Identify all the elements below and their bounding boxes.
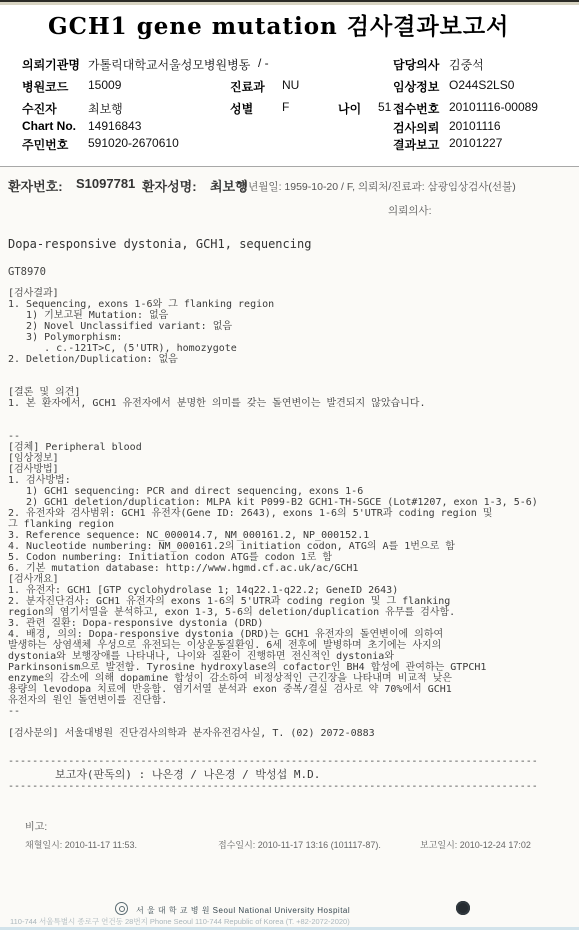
report-time: 보고일시: 2010-12-24 17:02	[420, 838, 531, 851]
report-body: [검사결과] 1. Sequencing, exons 1-6와 그 flank…	[8, 288, 538, 739]
field-value-request-date: 20101116	[449, 119, 501, 133]
field-value-receipt-no: 20101116-00089	[449, 100, 538, 114]
field-value-age: 51	[378, 100, 391, 114]
field-value-chart-no: 14916843	[88, 119, 141, 133]
scanned-report-area: 환자번호: S1097781 환자성명: 최보행 생년월일: 1959-10-2…	[0, 167, 579, 930]
report-page: GCH1 gene mutation 검사결과보고서 의뢰기관명 가톨릭대학교서…	[0, 0, 579, 930]
field-value-institution-extra: / -	[258, 56, 269, 70]
field-value-clinical-info: O244S2LS0	[449, 78, 514, 92]
round-seal-icon	[456, 901, 470, 915]
field-label-institution: 의뢰기관명	[22, 56, 80, 73]
field-label-chart-no: Chart No.	[22, 119, 76, 133]
specimen-number: GT8970	[8, 266, 46, 278]
hospital-address-line: 110-744 서울특별시 종로구 연건동 28번지 Phone Seoul 1…	[10, 916, 350, 927]
field-label-department: 진료과	[230, 78, 265, 95]
field-label-age: 나이	[338, 100, 361, 117]
top-accent-strip	[0, 2, 579, 5]
separator-line-bottom: ----------------------------------------…	[8, 781, 538, 792]
reporter-line: 보고자(판독의) : 나은경 / 나은경 / 박성섭 M.D.	[55, 766, 320, 782]
blood-draw-time: 채혈일시: 2010-11-17 11:53.	[25, 838, 137, 851]
page-title: GCH1 gene mutation 검사결과보고서	[48, 8, 509, 41]
field-label-examinee: 수진자	[22, 100, 57, 117]
field-label-receipt-no: 접수번호	[393, 100, 439, 117]
field-label-doctor: 담당의사	[393, 56, 439, 73]
patient-id-label: 환자번호:	[8, 176, 63, 195]
remarks-label: 비고:	[25, 818, 47, 833]
field-value-doctor: 김중석	[449, 56, 484, 73]
test-name: Dopa-responsive dystonia, GCH1, sequenci…	[8, 237, 311, 251]
hospital-logo-icon	[115, 902, 128, 915]
field-value-institution: 가톨릭대학교서울성모병원병동	[88, 56, 250, 73]
field-label-report-date: 결과보고	[393, 136, 439, 153]
receipt-time: 접수일시: 2010-11-17 13:16 (101117-87).	[218, 838, 381, 851]
hospital-footer-name: 서 울 대 학 교 병 원 Seoul National University …	[136, 905, 350, 916]
field-value-resident-no: 591020-2670610	[88, 136, 179, 150]
patient-birth-line: 생년월일: 1959-10-20 / F, 의뢰처/진료과: 삼광임상검사(선불…	[238, 179, 516, 194]
patient-name-label: 환자성명:	[142, 176, 197, 195]
field-value-report-date: 20101227	[449, 136, 502, 150]
field-value-department: NU	[282, 78, 299, 92]
field-label-hospital-code: 병원코드	[22, 78, 68, 95]
patient-id: S1097781	[76, 176, 135, 191]
field-value-hospital-code: 15009	[88, 78, 121, 92]
field-label-clinical-info: 임상정보	[393, 78, 439, 95]
field-label-request-date: 검사의뢰	[393, 119, 439, 136]
field-label-resident-no: 주민번호	[22, 136, 68, 153]
field-value-examinee: 최보행	[88, 100, 123, 117]
referring-doctor-label: 의뢰의사:	[388, 203, 432, 218]
field-label-sex: 성별	[230, 100, 253, 117]
field-value-sex: F	[282, 100, 289, 114]
